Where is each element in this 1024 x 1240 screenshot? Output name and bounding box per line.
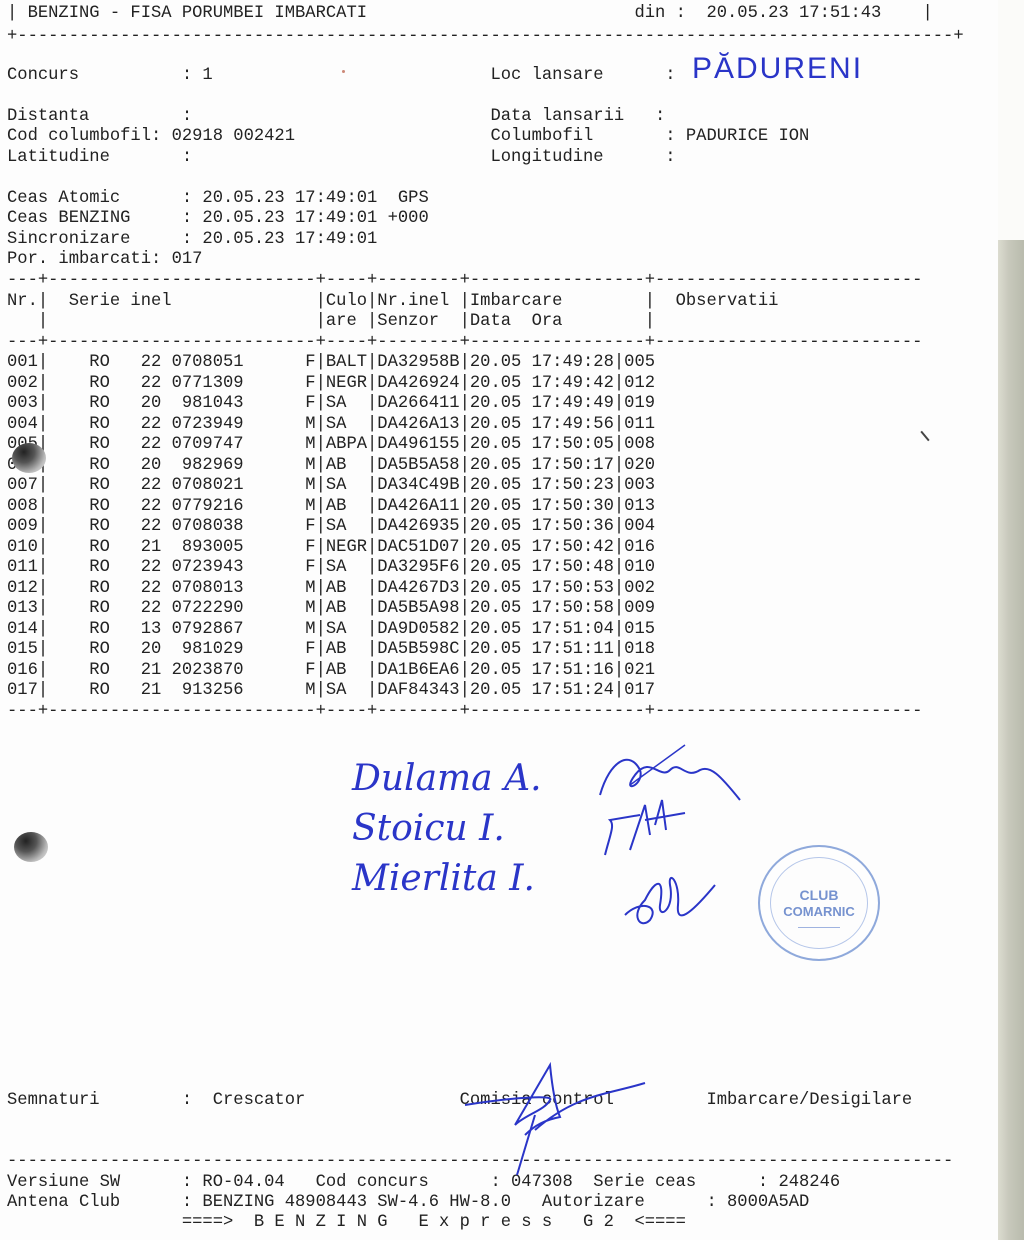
versiune-line: Versiune SW : RO-04.04 Cod concurs : 047… bbox=[7, 1173, 840, 1193]
ceas-atomic-line: Ceas Atomic : 20.05.23 17:49:01 GPS bbox=[7, 189, 429, 209]
stamp-line-1: CLUB bbox=[760, 887, 878, 903]
table-rule: ---+--------------------------+----+----… bbox=[7, 333, 922, 353]
table-header-1: Nr.| Serie inel |Culo|Nr.inel |Imbarcare… bbox=[7, 292, 778, 312]
table-row: 011| RO 22 0723943 F|SA |DA3295F6|20.05 … bbox=[7, 558, 655, 578]
table-row: 016| RO 21 2023870 F|AB |DA1B6EA6|20.05 … bbox=[7, 661, 655, 681]
scan-edge bbox=[998, 0, 1024, 240]
title-line: | BENZING - FISA PORUMBEI IMBARCATI din … bbox=[7, 4, 933, 24]
table-row: 005| RO 22 0709747 M|ABPA|DA496155|20.05… bbox=[7, 435, 655, 455]
table-row: 006| RO 20 982969 M|AB |DA5B5A58|20.05 1… bbox=[7, 456, 655, 476]
stray-dot bbox=[342, 70, 345, 73]
table-rule: ---+--------------------------+----+----… bbox=[7, 271, 922, 291]
ceas-benzing-line: Ceas BENZING : 20.05.23 17:49:01 +000 bbox=[7, 209, 429, 229]
scan-edge-shadow bbox=[998, 240, 1024, 1240]
banner-line: ====> B E N Z I N G E x p r e s s G 2 <=… bbox=[7, 1213, 686, 1233]
table-header-2: | |are |Senzor |Data Ora | bbox=[7, 312, 655, 332]
handwritten-name-1: Dulama A. bbox=[352, 758, 542, 799]
distanta-line: Distanta : Data lansarii : bbox=[7, 107, 665, 127]
antena-line: Antena Club : BENZING 48908443 SW-4.6 HW… bbox=[7, 1193, 809, 1213]
table-row: 010| RO 21 893005 F|NEGR|DAC51D07|20.05 … bbox=[7, 538, 655, 558]
table-row: 014| RO 13 0792867 M|SA |DA9D0582|20.05 … bbox=[7, 620, 655, 640]
table-row: 001| RO 22 0708051 F|BALT|DA32958B|20.05… bbox=[7, 353, 655, 373]
handwritten-name-3: Mierlita I. bbox=[352, 858, 535, 899]
signature-2 bbox=[600, 795, 690, 865]
handwritten-name-2: Stoicu I. bbox=[352, 808, 505, 849]
table-row: 008| RO 22 0779216 M|AB |DA426A11|20.05 … bbox=[7, 497, 655, 517]
table-row: 004| RO 22 0723949 M|SA |DA426A13|20.05 … bbox=[7, 415, 655, 435]
table-rule: ---+--------------------------+----+----… bbox=[7, 702, 922, 722]
handwritten-loc-lansare: PĂDURENI bbox=[692, 52, 863, 86]
table-row: 009| RO 22 0708038 F|SA |DA426935|20.05 … bbox=[7, 517, 655, 537]
table-row: 012| RO 22 0708013 M|AB |DA4267D3|20.05 … bbox=[7, 579, 655, 599]
sincronizare-line: Sincronizare : 20.05.23 17:49:01 bbox=[7, 230, 377, 250]
table-row: 007| RO 22 0708021 M|SA |DA34C49B|20.05 … bbox=[7, 476, 655, 496]
cod-line: Cod columbofil: 02918 002421 Columbofil … bbox=[7, 127, 809, 147]
signature-comisia bbox=[455, 1055, 655, 1175]
table-row: 003| RO 20 981043 F|SA |DA266411|20.05 1… bbox=[7, 394, 655, 414]
table-row: 017| RO 21 913256 M|SA |DAF84343|20.05 1… bbox=[7, 681, 655, 701]
punch-hole-top bbox=[12, 443, 46, 473]
punch-hole-bottom bbox=[14, 832, 48, 862]
table-row: 013| RO 22 0722290 M|AB |DA5B5A98|20.05 … bbox=[7, 599, 655, 619]
stamp-line-2: COMARNIC bbox=[760, 904, 878, 919]
table-row: 002| RO 22 0771309 F|NEGR|DA426924|20.05… bbox=[7, 374, 655, 394]
table-row: 015| RO 20 981029 F|AB |DA5B598C|20.05 1… bbox=[7, 640, 655, 660]
rule: +---------------------------------------… bbox=[7, 27, 964, 47]
signature-3 bbox=[620, 865, 730, 935]
club-stamp: CLUB COMARNIC bbox=[758, 845, 880, 961]
latitudine-line: Latitudine : Longitudine : bbox=[7, 148, 676, 168]
por-imbarcati-line: Por. imbarcati: 017 bbox=[7, 250, 202, 270]
concurs-line: Concurs : 1 Loc lansare : bbox=[7, 66, 676, 86]
stamp-rule bbox=[798, 927, 840, 928]
